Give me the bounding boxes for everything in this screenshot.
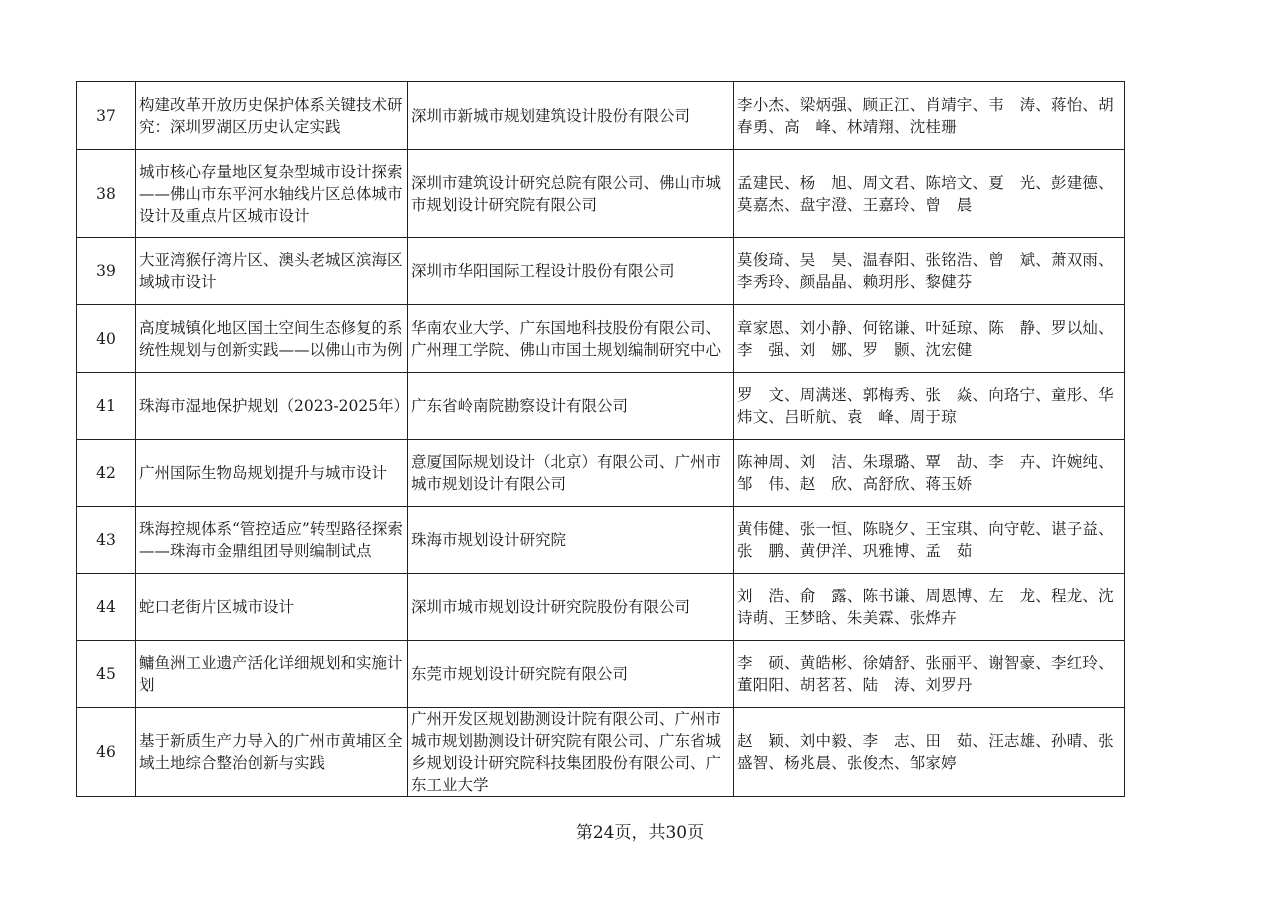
team-members: 李 硕、黄皓彬、徐婧舒、张丽平、谢智豪、李红玲、董阳阳、胡茗茗、陆 涛、刘罗丹 — [734, 641, 1125, 708]
table-row: 45鳙鱼洲工业遗产活化详细规划和实施计划东莞市规划设计研究院有限公司李 硕、黄皓… — [77, 641, 1125, 708]
row-number: 43 — [77, 507, 136, 574]
team-members: 刘 浩、俞 露、陈书谦、周恩博、左 龙、程龙、沈诗萌、王梦晗、朱美霖、张烨卉 — [734, 574, 1125, 641]
row-number: 39 — [77, 238, 136, 305]
project-name: 珠海控规体系“管控适应”转型路径探索——珠海市金鼎组团导则编制试点 — [136, 507, 408, 574]
organization: 广东省岭南院勘察设计有限公司 — [408, 373, 734, 440]
organization: 深圳市建筑设计研究总院有限公司、佛山市城市规划设计研究院有限公司 — [408, 150, 734, 238]
table-row: 46基于新质生产力导入的广州市黄埔区全域土地综合整治创新与实践广州开发区规划勘测… — [77, 708, 1125, 797]
table-row: 40高度城镇化地区国土空间生态修复的系统性规划与创新实践——以佛山市为例华南农业… — [77, 305, 1125, 373]
row-number: 46 — [77, 708, 136, 797]
team-members: 李小杰、梁炳强、顾正江、肖靖宇、韦 涛、蒋怡、胡春勇、高 峰、林靖翔、沈桂珊 — [734, 82, 1125, 150]
team-members: 莫俊琦、吴 昊、温春阳、张铭浩、曾 斌、萧双雨、李秀玲、颜晶晶、赖玥彤、黎健芬 — [734, 238, 1125, 305]
row-number: 40 — [77, 305, 136, 373]
table-row: 37构建改革开放历史保护体系关键技术研究：深圳罗湖区历史认定实践深圳市新城市规划… — [77, 82, 1125, 150]
team-members: 罗 文、周满迷、郭梅秀、张 焱、向珞宁、童彤、华炜文、吕昕航、袁 峰、周于琼 — [734, 373, 1125, 440]
row-number: 38 — [77, 150, 136, 238]
table-row: 41珠海市湿地保护规划（2023-2025年）广东省岭南院勘察设计有限公司罗 文… — [77, 373, 1125, 440]
organization: 华南农业大学、广东国地科技股份有限公司、广州理工学院、佛山市国土规划编制研究中心 — [408, 305, 734, 373]
project-name: 大亚湾猴仔湾片区、澳头老城区滨海区域城市设计 — [136, 238, 408, 305]
team-members: 章家恩、刘小静、何铭谦、叶延琼、陈 静、罗以灿、李 强、刘 娜、罗 颢、沈宏健 — [734, 305, 1125, 373]
page-number-footer: 第24页，共30页 — [0, 818, 1280, 843]
row-number: 42 — [77, 440, 136, 507]
row-number: 37 — [77, 82, 136, 150]
table-row: 44蛇口老街片区城市设计深圳市城市规划设计研究院股份有限公司刘 浩、俞 露、陈书… — [77, 574, 1125, 641]
project-name: 珠海市湿地保护规划（2023-2025年） — [136, 373, 408, 440]
row-number: 41 — [77, 373, 136, 440]
organization: 珠海市规划设计研究院 — [408, 507, 734, 574]
project-name: 高度城镇化地区国土空间生态修复的系统性规划与创新实践——以佛山市为例 — [136, 305, 408, 373]
row-number: 45 — [77, 641, 136, 708]
team-members: 黄伟健、张一恒、陈晓夕、王宝琪、向守乾、谌子益、张 鹏、黄伊洋、巩雅博、孟 茹 — [734, 507, 1125, 574]
team-members: 陈神周、刘 洁、朱璟璐、覃 劼、李 卉、许婉纯、邹 伟、赵 欣、高舒欣、蒋玉娇 — [734, 440, 1125, 507]
table-body: 37构建改革开放历史保护体系关键技术研究：深圳罗湖区历史认定实践深圳市新城市规划… — [77, 82, 1125, 797]
project-name: 构建改革开放历史保护体系关键技术研究：深圳罗湖区历史认定实践 — [136, 82, 408, 150]
organization: 意厦国际规划设计（北京）有限公司、广州市城市规划设计有限公司 — [408, 440, 734, 507]
table-row: 39大亚湾猴仔湾片区、澳头老城区滨海区域城市设计深圳市华阳国际工程设计股份有限公… — [77, 238, 1125, 305]
project-name: 鳙鱼洲工业遗产活化详细规划和实施计划 — [136, 641, 408, 708]
table-row: 42广州国际生物岛规划提升与城市设计意厦国际规划设计（北京）有限公司、广州市城市… — [77, 440, 1125, 507]
project-name: 蛇口老街片区城市设计 — [136, 574, 408, 641]
team-members: 赵 颖、刘中毅、李 志、田 茹、汪志雄、孙晴、张盛智、杨兆晨、张俊杰、邹家婷 — [734, 708, 1125, 797]
table-row: 43珠海控规体系“管控适应”转型路径探索——珠海市金鼎组团导则编制试点珠海市规划… — [77, 507, 1125, 574]
organization: 广州开发区规划勘测设计院有限公司、广州市城市规划勘测设计研究院有限公司、广东省城… — [408, 708, 734, 797]
organization: 深圳市新城市规划建筑设计股份有限公司 — [408, 82, 734, 150]
project-name: 基于新质生产力导入的广州市黄埔区全域土地综合整治创新与实践 — [136, 708, 408, 797]
table-row: 38城市核心存量地区复杂型城市设计探索——佛山市东平河水轴线片区总体城市设计及重… — [77, 150, 1125, 238]
award-list-table: 37构建改革开放历史保护体系关键技术研究：深圳罗湖区历史认定实践深圳市新城市规划… — [76, 81, 1125, 797]
row-number: 44 — [77, 574, 136, 641]
organization: 深圳市城市规划设计研究院股份有限公司 — [408, 574, 734, 641]
organization: 深圳市华阳国际工程设计股份有限公司 — [408, 238, 734, 305]
project-name: 广州国际生物岛规划提升与城市设计 — [136, 440, 408, 507]
organization: 东莞市规划设计研究院有限公司 — [408, 641, 734, 708]
team-members: 孟建民、杨 旭、周文君、陈培文、夏 光、彭建德、莫嘉杰、盘宇澄、王嘉玲、曾 晨 — [734, 150, 1125, 238]
project-name: 城市核心存量地区复杂型城市设计探索——佛山市东平河水轴线片区总体城市设计及重点片… — [136, 150, 408, 238]
